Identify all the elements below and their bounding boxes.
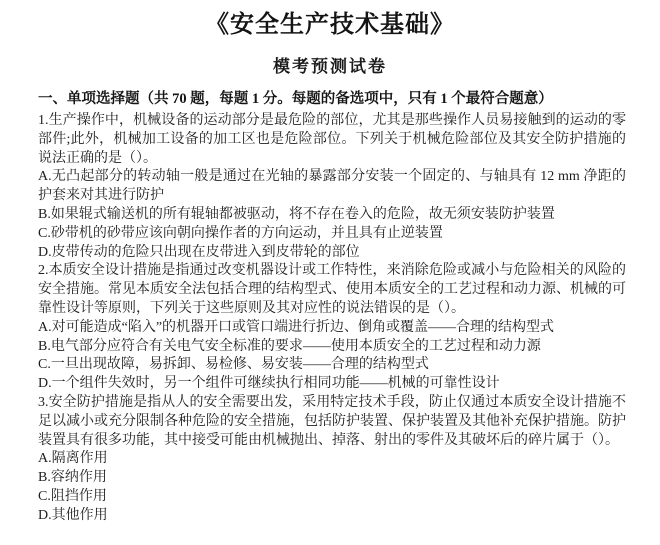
question-3-option-a: A.隔离作用 [38, 450, 626, 469]
question-2-option-a: A.对可能造成“陷入”的机器开口或管口端进行折边、倒角或覆盖——合理的结构型式 [38, 319, 626, 338]
question-1-option-b: B.如果辊式输送机的所有辊轴都被驱动，将不存在卷入的危险，故无须安装防护装置 [38, 206, 626, 225]
question-3-option-d: D.其他作用 [38, 507, 626, 526]
question-2-text: 本质安全设计措施是指通过改变机器设计或工作特性，来消除危险或减小与危险相关的风险… [38, 263, 626, 316]
question-1-option-d: D.皮带传动的危险只出现在皮带进入到皮带轮的部位 [38, 244, 626, 263]
paper-content: 一、单项选择题（共 70 题，每题 1 分。每题的备选项中，只有 1 个最符合题… [0, 90, 660, 526]
question-3-option-c: C.阻挡作用 [38, 488, 626, 507]
question-3: 3.安全防护措施是指从人的安全需要出发，采用特定技术手段，防止仅通过本质安全设计… [38, 394, 626, 450]
paper-title: 《安全生产技术基础》 [0, 0, 660, 42]
question-1-option-c: C.砂带机的砂带应该向朝向操作者的方向运动，并且具有止逆装置 [38, 225, 626, 244]
exam-paper-page: 《安全生产技术基础》 模考预测试卷 一、单项选择题（共 70 题，每题 1 分。… [0, 0, 660, 545]
question-3-option-b: B.容纳作用 [38, 469, 626, 488]
question-2-option-d: D.一个组件失效时，另一个组件可继续执行相同功能——机械的可靠性设计 [38, 375, 626, 394]
question-3-text: 安全防护措施是指从人的安全需要出发，采用特定技术手段，防止仅通过本质安全设计措施… [38, 395, 626, 448]
question-3-number: 3. [38, 395, 49, 410]
question-1-option-a: A.无凸起部分的转动轴一般是通过在光轴的暴露部分安装一个固定的、与轴具有 12 … [38, 168, 626, 206]
question-1: 1.生产操作中，机械设备的运动部分是最危险的部位，尤其是那些操作人员易接触到的运… [38, 112, 626, 168]
question-1-number: 1. [38, 113, 49, 128]
question-2-number: 2. [38, 263, 49, 278]
section-heading: 一、单项选择题（共 70 题，每题 1 分。每题的备选项中，只有 1 个最符合题… [38, 90, 626, 109]
question-1-text: 生产操作中，机械设备的运动部分是最危险的部位，尤其是那些操作人员易接触到的运动的… [38, 113, 626, 166]
question-2: 2.本质安全设计措施是指通过改变机器设计或工作特性，来消除危险或减小与危险相关的… [38, 262, 626, 318]
question-2-option-c: C.一旦出现故障，易拆卸、易检修、易安装——合理的结构型式 [38, 356, 626, 375]
question-2-option-b: B.电气部分应符合有关电气安全标准的要求——使用本质安全的工艺过程和动力源 [38, 338, 626, 357]
paper-subtitle: 模考预测试卷 [0, 55, 660, 79]
